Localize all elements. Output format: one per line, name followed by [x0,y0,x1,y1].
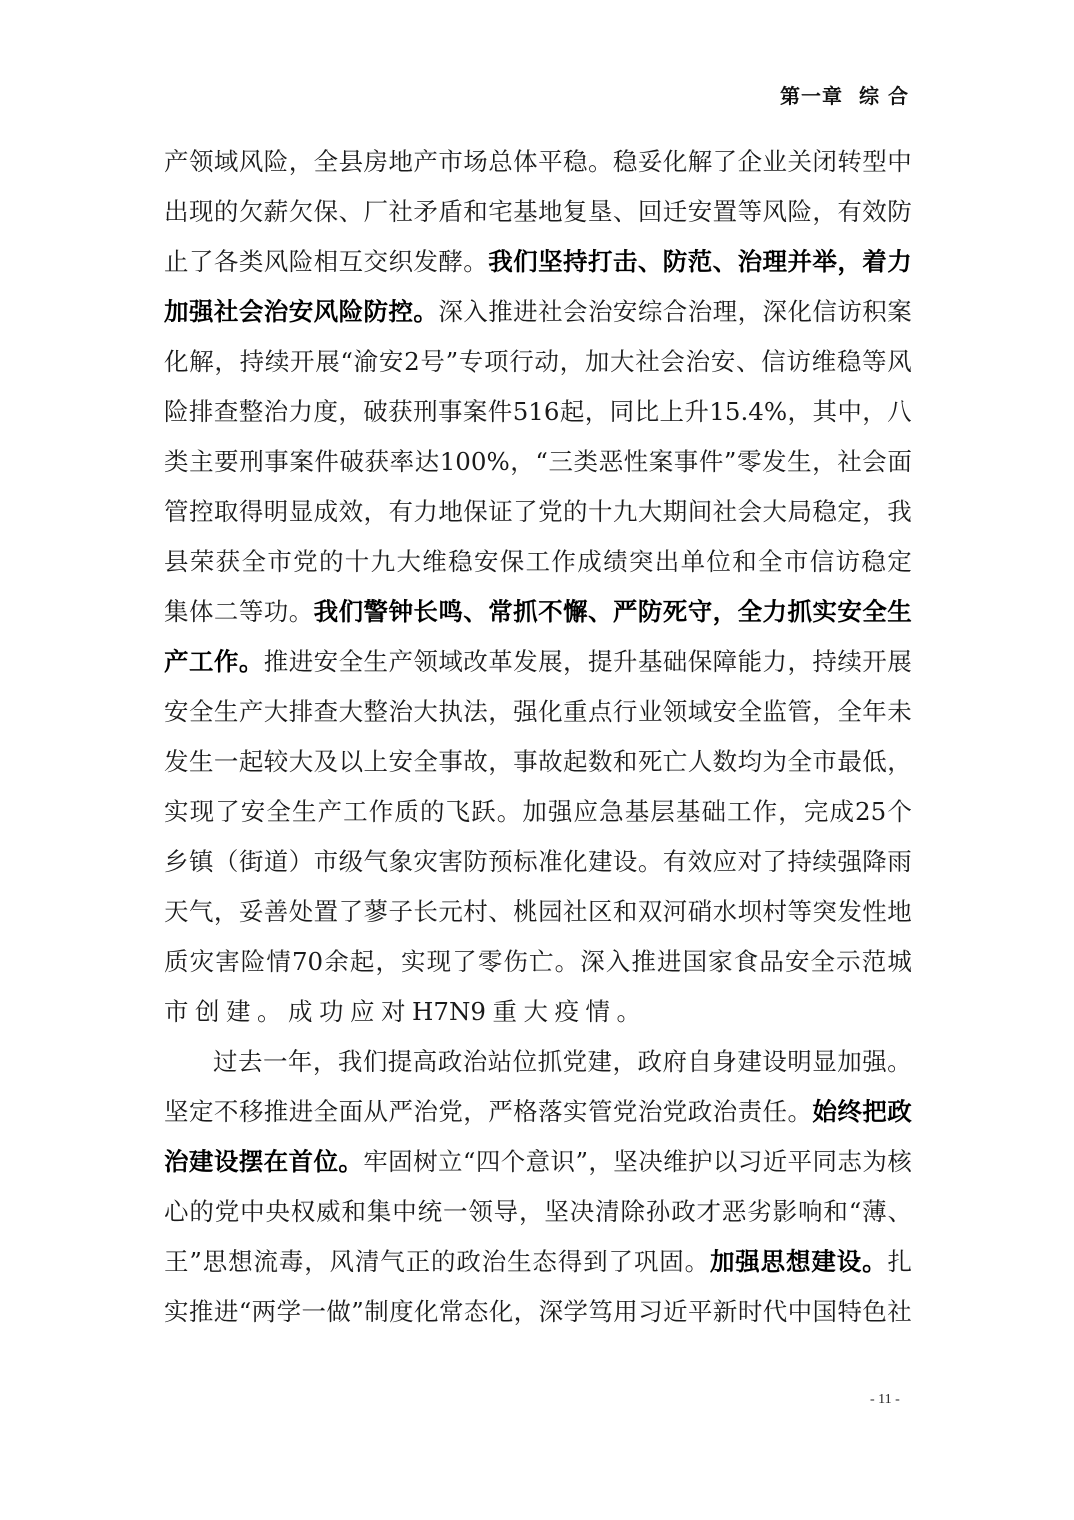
text: ， [313,1042,338,1092]
bold-text: ， [837,242,862,292]
text: 和 [823,1192,848,1242]
text: 、 [339,192,364,242]
text: ， [778,792,803,842]
text: 欠 [289,192,314,242]
text: 树 [413,1142,438,1192]
text: 会 [738,492,763,542]
text: 局 [787,492,812,542]
text: 事 [438,392,463,442]
text: 治 [713,1092,738,1142]
text: 安 [314,642,339,692]
text: 零 [737,442,762,492]
text: 发 [513,642,538,692]
chapter-header: 第一章综 合 [780,80,909,109]
text: 社 [538,292,563,342]
text: 抓 [538,1042,563,1092]
text: 险 [787,192,812,242]
text: 基 [676,792,701,842]
text: 持 [787,842,812,892]
bold-text: 抓 [787,592,812,642]
text: 决 [638,1142,663,1192]
text: 气 [189,892,214,942]
text: 位 [706,542,731,592]
text: 正 [406,1242,431,1292]
text: 蓼 [364,892,389,942]
bold-text: ， [713,592,738,642]
text: 维 [663,1142,688,1192]
text: 复 [563,192,588,242]
text: 风 [239,142,264,192]
text: 核 [887,1142,912,1192]
text: 等 [787,892,812,942]
text: 2 [404,342,420,392]
text: 市 [784,542,809,592]
text: 集 [367,1192,392,1242]
text: 高 [413,1042,438,1092]
text: 全 [413,742,438,792]
text: 项 [484,342,509,392]
text: ， [510,442,535,492]
text: ， [214,342,239,392]
text: 、 [488,892,513,942]
text: 综 [638,292,663,342]
text: 格 [513,1092,538,1142]
text: 习 [638,1292,663,1342]
text: 面 [339,1092,364,1142]
text: 迁 [663,192,688,242]
text: 了 [452,942,477,992]
text: 出 [164,192,189,242]
text: 。 [787,1092,812,1142]
text: 思 [203,1242,228,1292]
text: 。 [588,142,613,192]
text: 个 [501,1142,526,1192]
text: 化 [663,142,688,192]
text: 推 [189,1292,214,1342]
text: 成 [829,792,854,842]
text: 厂 [364,192,389,242]
text: 疫 [554,992,579,1042]
text: 深 [580,942,605,992]
bold-text: 不 [538,592,563,642]
text: 有 [388,492,413,542]
text: 个 [887,792,912,842]
text: ， [862,492,887,542]
text: 象 [388,842,413,892]
text: 得 [558,1242,583,1292]
text: 坝 [738,892,763,942]
text: 升 [684,392,709,442]
text: 身 [712,1042,737,1092]
text: 类 [574,442,599,492]
text: 防 [887,192,912,242]
text: 党 [293,542,318,592]
text: 市 [438,142,463,192]
bold-text: 风 [314,292,339,342]
text: 进 [289,642,314,692]
text: ， [463,1092,488,1142]
bold-text: 鸣 [438,592,463,642]
text: 党 [215,1192,240,1242]
text: 稳 [448,542,473,592]
text: 长 [413,892,438,942]
text: 实 [164,792,189,842]
text: 期 [663,492,688,542]
text: 续 [837,642,862,692]
text: 加 [837,1042,862,1092]
text: 较 [264,742,289,792]
text: 风 [887,342,912,392]
text: 稳 [812,492,837,542]
bold-text: 安 [837,592,862,642]
text: 域 [438,642,463,692]
text: 案 [289,442,314,492]
text: 降 [862,842,887,892]
text: 灾 [190,942,215,992]
text: 牢 [363,1142,388,1192]
text: 子 [388,892,413,942]
bold-text: 。 [239,642,264,692]
text: 故 [538,742,563,792]
text: 央 [265,1192,290,1242]
text: 大 [610,342,635,392]
text: 化 [563,842,588,892]
text: 准 [538,842,563,892]
text: 八 [887,392,912,442]
text: 层 [650,792,675,842]
text: 两 [252,1292,277,1342]
text: 管 [787,692,812,742]
text: 地 [538,192,563,242]
text: 市 [267,542,292,592]
bold-text: 长 [413,592,438,642]
text: 行 [509,342,534,392]
text: 立 [438,1142,463,1192]
text: 了 [713,142,738,192]
text: 落 [538,1092,563,1142]
text: 有 [837,192,862,242]
text: 上 [364,742,389,792]
text: 、 [613,192,638,242]
text: 100% [440,442,510,492]
text: 信 [812,292,837,342]
text: 交 [364,242,389,292]
text: 伤 [503,942,528,992]
text: 事 [513,742,538,792]
text: 风 [264,242,289,292]
text: 。 [685,1242,710,1292]
text: 。 [289,592,314,642]
bold-text: 并 [787,242,812,292]
text: 类 [164,442,189,492]
text: 为 [862,1142,887,1192]
text: 会 [660,342,685,392]
text-line: 治建设摆在首位。牢固树立“四个意识”，坚决维护以习近平同志为核 [164,1142,912,1192]
text: 防 [463,842,488,892]
text: 恶 [722,1192,747,1242]
text: ， [613,1042,638,1092]
text: 取 [214,492,239,542]
text: 十 [345,542,370,592]
text: 了 [763,842,788,892]
text: 效 [688,842,713,892]
text: 体 [189,592,214,642]
text: 村 [463,892,488,942]
text-line: 坚定不移推进全面从严治党，严格落实管党治党政治责任。始终把政 [164,1092,912,1142]
text: 亡 [663,742,688,792]
text: 同 [610,392,635,442]
text: 。 [616,992,641,1042]
text: 政 [671,1192,696,1242]
text: 保 [500,542,525,592]
text-line: 实现了安全生产工作质的飞跃。加强应急基层基础工作，完成25个 [164,792,912,842]
text: 强 [513,692,538,742]
text: 威 [316,1192,341,1242]
text: 排 [189,392,214,442]
text: 死 [638,742,663,792]
text: 产 [388,642,413,692]
text: 酵 [438,242,463,292]
bold-text: 生 [887,592,912,642]
text: 定 [837,492,862,542]
text: 显 [289,492,314,542]
text: 建 [737,1042,762,1092]
text: 的 [189,1192,214,1242]
bold-text: 、 [713,242,738,292]
text: 性 [862,892,887,942]
text: 域 [688,692,713,742]
text: 平 [788,1142,813,1192]
text: 跃 [471,792,496,842]
text: 得 [239,492,264,542]
bold-text: 治 [164,1142,189,1192]
text: 成 [314,492,339,542]
text: 础 [663,642,688,692]
text: 域 [214,142,239,192]
text: 村 [763,892,788,942]
text: 县 [164,542,189,592]
text: 稳 [563,142,588,192]
text: 区 [588,892,613,942]
text: 执 [438,692,463,742]
text-line: 过去一年，我们提高政治站位抓党建，政府自身建设明显加强。 [164,1042,912,1092]
text: 总 [488,142,513,192]
text: 常 [439,1292,464,1342]
bold-text: 位 [313,1142,338,1192]
text: 达 [415,442,440,492]
text: 风 [330,1242,355,1292]
text: 现 [427,942,452,992]
text: 合 [663,292,688,342]
text: 河 [663,892,688,942]
text: 移 [239,1092,264,1142]
text: 的 [319,542,344,592]
bold-text: 防 [638,592,663,642]
text: 扎 [887,1242,912,1292]
text: 推 [264,642,289,692]
text: 件 [488,392,513,442]
bold-text: 钟 [388,592,413,642]
text: 桃 [513,892,538,942]
text: 升 [613,642,638,692]
text: 县 [339,142,364,192]
text: 中 [788,1292,813,1342]
text: 进 [657,942,682,992]
text: 应 [574,792,599,842]
text: 强 [837,842,862,892]
text-line: 产领域风险，全县房地产市场总体平稳。稳妥化解了企业关闭转型中 [164,142,912,192]
text-line: 止了各类风险相互交织发酵。我们坚持打击、防范、治理并举，着力 [164,242,912,292]
text: 大 [638,492,663,542]
text: 故 [463,742,488,792]
text: 领 [189,142,214,192]
text: ， [812,692,837,742]
text: 态 [532,1242,557,1292]
text: 党 [538,492,563,542]
bold-text: 实 [812,592,837,642]
text: 创 [195,992,220,1042]
text-line: 实推进“两学一做”制度化常态化，深学笃用习近平新时代中国特色社 [164,1292,912,1342]
text: 化 [787,292,812,342]
text: 了 [513,492,538,542]
text: 建 [588,1042,613,1092]
text: 社 [837,442,862,492]
text: 决 [570,1192,595,1242]
text: 主 [189,442,214,492]
text-line: 加强社会治安风险防控。深入推进社会治安综合治理，深化信访积案 [164,292,912,342]
text: ， [488,742,513,792]
text: 续 [265,342,290,392]
text: 516 [513,392,560,442]
text: 均 [738,742,763,792]
text: 维 [422,542,447,592]
text: 过 [213,1042,238,1092]
text: 薪 [264,192,289,242]
text: 社 [887,1292,912,1342]
text: 全 [758,542,783,592]
text: 监 [763,692,788,742]
text: 置 [314,892,339,942]
text: 场 [463,142,488,192]
text: 显 [812,1042,837,1092]
text: 中 [887,142,912,192]
bold-text: 、 [463,592,488,642]
text: 学 [277,1292,302,1342]
bold-text: 警 [364,592,389,642]
text: 25 [855,792,886,842]
bold-text: 防 [663,242,688,292]
text: 了 [215,792,240,842]
text: 低 [862,742,887,792]
text: 三 [548,442,573,492]
bold-text: 抓 [513,592,538,642]
text: 改 [463,642,488,692]
bold-text: 死 [663,592,688,642]
text: 。 [555,942,580,992]
text: 。 [638,842,663,892]
text: 以 [339,742,364,792]
text: 现 [190,792,215,842]
text: 获 [388,392,413,442]
text: 品 [759,942,784,992]
text: 房 [364,142,389,192]
text: 领 [468,1192,493,1242]
text: 面 [887,442,912,492]
text: 建 [588,842,613,892]
text: 严 [388,1092,413,1142]
text: 盾 [438,192,463,242]
page-number: - 11 - [870,1392,900,1408]
text: 排 [289,692,314,742]
text: 大 [339,692,364,742]
text: ， [588,1142,613,1192]
text: 。 [257,992,282,1042]
bold-text: 们 [513,242,538,292]
text: （ [214,842,239,892]
text: 和 [342,1192,367,1242]
text-line: 县荣获全市党的十九大维稳安保工作成绩突出单位和全市信访稳定 [164,542,912,592]
text: 治 [588,292,613,342]
text: 持 [240,342,265,392]
text: 地 [388,142,413,192]
text: 年 [862,692,887,742]
bold-text: 在 [264,1142,289,1192]
text: 开 [862,642,887,692]
text: 设 [762,1042,787,1092]
text: 国 [813,1292,838,1342]
text: 和 [613,892,638,942]
text: 作 [369,792,394,842]
text: 维 [812,342,837,392]
text: 政 [637,1042,662,1092]
text: 化 [414,1292,439,1342]
text: 行 [613,692,638,742]
text: 急 [599,792,624,842]
text: 险 [264,142,289,192]
text: 获 [216,542,241,592]
text: 提 [588,642,613,692]
bold-text: 险 [339,292,364,342]
text: 起 [560,392,585,442]
text: 欠 [239,192,264,242]
text: 案 [887,292,912,342]
text: 回 [638,192,663,242]
text: ， [887,742,912,792]
text: 对 [738,842,763,892]
text: 害 [215,942,240,992]
text: 力 [763,642,788,692]
text: 力 [413,492,438,542]
text: 稳 [837,342,862,392]
text: “ [849,1192,862,1242]
text: 推 [488,292,513,342]
text: 安 [388,742,413,792]
text: 人 [688,742,713,792]
text: 产 [239,692,264,742]
text: 市 [164,992,189,1042]
text: 事 [438,742,463,792]
text: 发 [762,442,787,492]
text: 二 [214,592,239,642]
text: 市 [812,742,837,792]
bold-text: 始 [812,1092,837,1142]
text: ” [575,1142,588,1192]
text: 近 [763,1142,788,1192]
text: 体 [513,142,538,192]
text-line: 类主要刑事案件破获率达100%，“三类恶性案事件”零发生，社会面 [164,442,912,492]
text: 织 [388,242,413,292]
text: 情 [266,942,291,992]
